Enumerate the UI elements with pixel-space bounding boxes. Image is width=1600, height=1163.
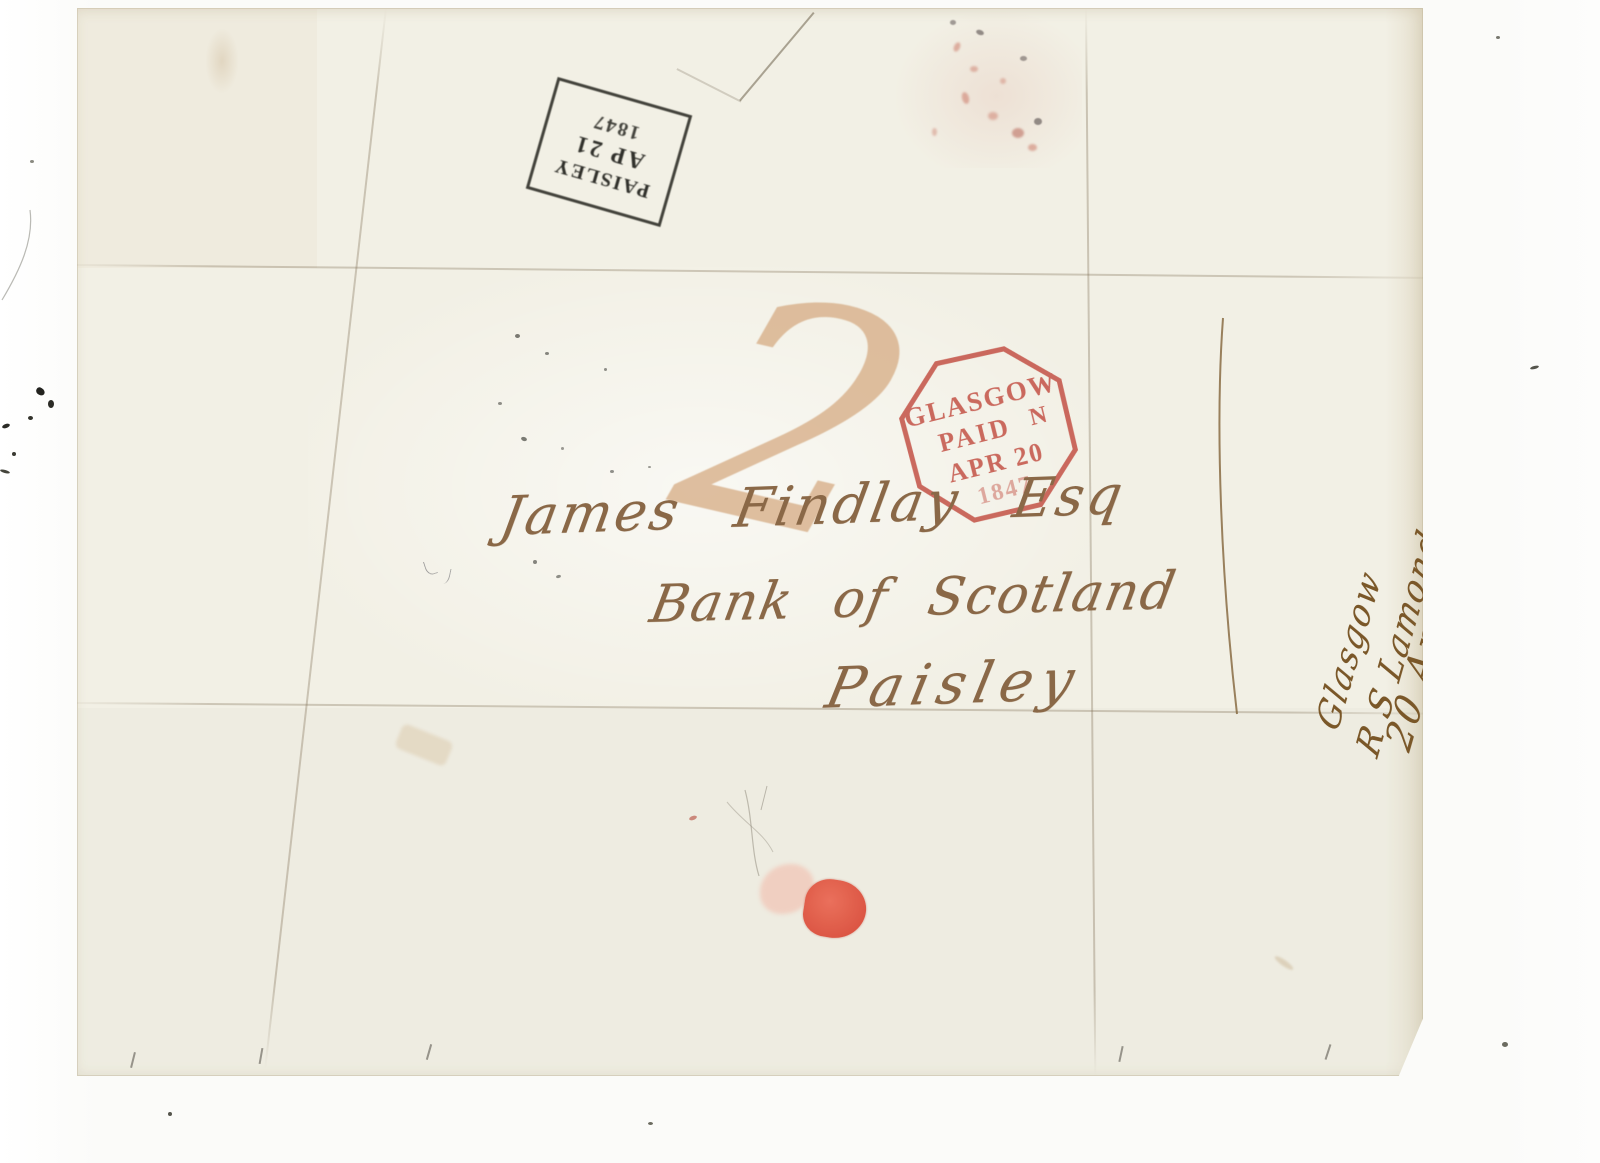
tear-nick	[1118, 1046, 1123, 1062]
bottom-flap-tint	[77, 708, 1423, 1076]
fold-crease-vertical-right	[1085, 8, 1096, 1076]
margin-ink-speck	[168, 1112, 172, 1116]
scan-background: PAISLEY AP 21 1847 GLASGOW PAID N APR 20…	[0, 0, 1600, 1163]
margin-ink-speck	[1530, 365, 1539, 370]
ink-offset-speck	[610, 470, 614, 473]
ink-offset-speck	[556, 574, 562, 578]
tear-nick	[130, 1052, 136, 1068]
ink-offset-speck	[498, 402, 502, 405]
margin-ink-speck	[30, 160, 34, 163]
tape-residue-stain	[394, 723, 454, 767]
tear-nick	[259, 1048, 264, 1064]
ink-offset-speck	[533, 560, 537, 564]
top-left-panel-tint	[77, 8, 317, 268]
ink-offset-speck	[561, 447, 564, 450]
margin-ink-speck	[28, 416, 33, 420]
margin-ink-speck	[12, 452, 16, 456]
docket-rule-line	[1205, 316, 1245, 716]
red-transfer-smudge	[892, 8, 1082, 168]
tear-nick	[1325, 1044, 1332, 1060]
ink-offset-speck	[515, 334, 520, 338]
margin-ink-speck	[48, 400, 54, 408]
margin-ink-speck	[1502, 1042, 1508, 1047]
letter-sheet: PAISLEY AP 21 1847 GLASGOW PAID N APR 20…	[77, 8, 1423, 1076]
margin-ink-speck	[648, 1122, 653, 1125]
margin-ink-speck	[35, 386, 46, 397]
margin-ink-speck	[0, 469, 10, 474]
ink-offset-speck	[520, 436, 527, 442]
ink-offset-speck	[545, 352, 549, 355]
pencil-scribble	[423, 559, 438, 577]
diagonal-crease-faint	[677, 68, 742, 102]
fold-crease-vertical-left	[264, 8, 387, 1069]
diagonal-crease	[740, 12, 815, 101]
ink-offset-speck	[648, 466, 651, 468]
stain-smudge	[205, 28, 239, 94]
hairline-fiber	[0, 200, 60, 320]
paisley-boxed-datestamp: PAISLEY AP 21 1847	[526, 77, 693, 227]
pencil-scribble	[439, 567, 451, 585]
address-line-1: James Findlay Esq	[496, 463, 1131, 548]
margin-ink-speck	[2, 423, 11, 429]
margin-ink-speck	[1496, 36, 1500, 39]
address-line-3: Paisley	[820, 647, 1088, 721]
ink-offset-speck	[604, 368, 607, 371]
tear-nick	[426, 1044, 432, 1060]
stain-smudge	[1273, 954, 1294, 972]
address-line-2: Bank of Scotland	[646, 561, 1182, 635]
glasgow-stamp-duplex-letter: N	[1027, 402, 1051, 432]
